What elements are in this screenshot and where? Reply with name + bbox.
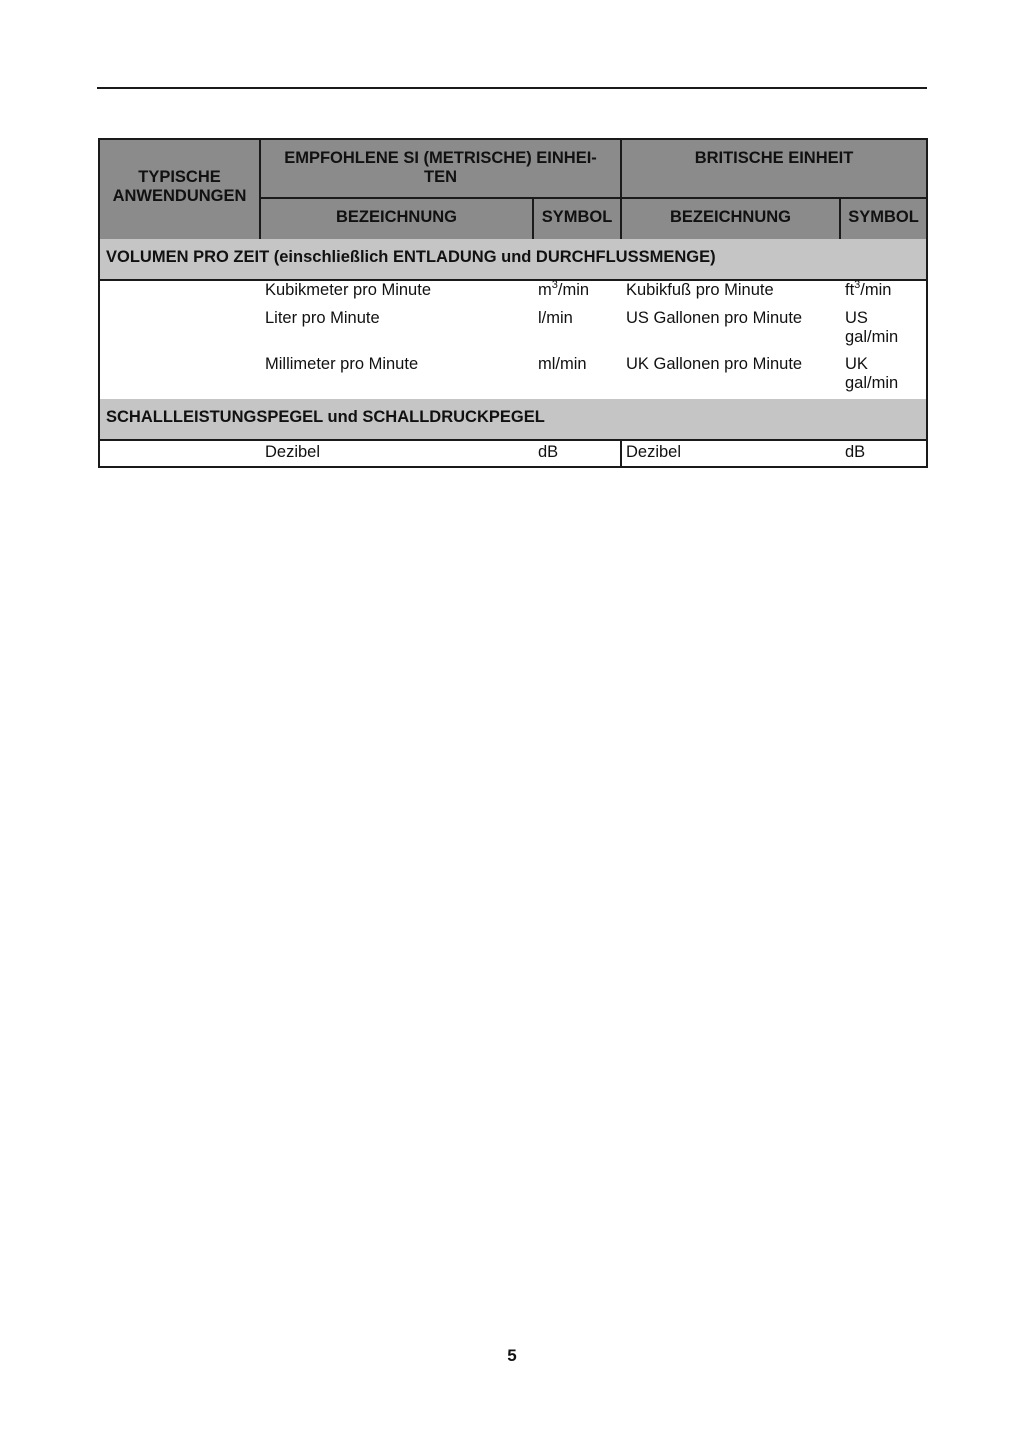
section-title-volume-per-time: VOLUMEN PRO ZEIT (einschließlich ENTLADU… [98,239,928,281]
header-si-symbol: SYMBOL [532,197,620,241]
table-row: Kubikmeter pro Minute [265,281,431,300]
column-divider [620,439,622,467]
header-british-symbol: SYMBOL [839,197,928,241]
page-number: 5 [0,1346,1024,1366]
si-symbol-cubic-meter: m3/min [538,281,589,300]
table-row: Millimeter pro Minute [265,355,418,374]
header-british-name: BEZEICHNUNG [620,197,839,241]
header-si-units: EMPFOHLENE SI (METRISCHE) EINHEI- TEN [259,138,620,198]
british-symbol-cubic-foot: ft3/min [845,281,891,300]
si-symbol-liter: l/min [538,309,573,328]
table-row: Liter pro Minute [265,309,380,328]
british-name-cubic-foot: Kubikfuß pro Minute [626,281,774,300]
si-symbol-decibel: dB [538,443,558,462]
british-symbol-us-gallon: US gal/min [845,309,898,347]
british-symbol-uk-gallon: UK gal/min [845,355,898,393]
si-symbol-milliliter: ml/min [538,355,587,374]
british-symbol-decibel: dB [845,443,865,462]
section-body-sound-levels [98,439,928,468]
british-name-us-gallon: US Gallonen pro Minute [626,309,802,328]
section-body-volume-per-time [98,279,928,401]
header-rule [97,87,927,89]
header-si-name: BEZEICHNUNG [259,197,532,241]
header-typical-applications: TYPISCHE ANWENDUNGEN [98,138,259,241]
table-row: Dezibel [265,443,320,462]
header-british-units: BRITISCHE EINHEIT [620,138,928,198]
british-name-uk-gallon: UK Gallonen pro Minute [626,355,802,374]
section-title-sound-levels: SCHALLLEISTUNGSPEGEL und SCHALLDRUCKPEGE… [98,399,928,441]
british-name-decibel: Dezibel [626,443,681,462]
